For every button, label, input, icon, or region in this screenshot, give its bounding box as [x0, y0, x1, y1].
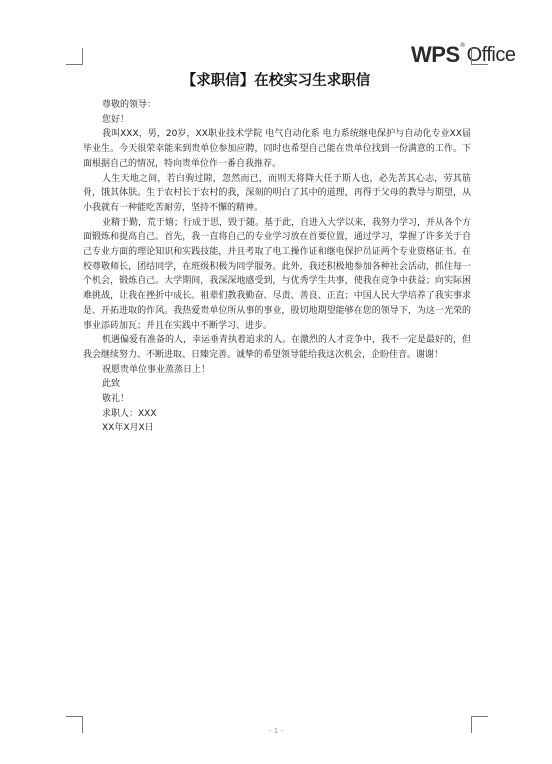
document-title: 【求职信】在校实习生求职信: [0, 69, 552, 90]
salutation: 尊敬的领导：: [83, 98, 471, 113]
closing-wish: 祝愿贵单位事业蒸蒸日上！: [83, 363, 471, 378]
paragraph-background: 人生天地之间，若白驹过隙，忽然而已，而则天将降大任于斯人也，必先苦其心志，劳其筋…: [83, 172, 471, 216]
closing-2: 敬礼！: [83, 392, 471, 407]
margin-corner-top-left: [66, 48, 83, 65]
paragraph-experience: 业精于勤，荒于嬉；行成于思，毁于随。基于此，自进入大学以来，我努力学习，并从各个…: [83, 216, 471, 334]
date: XX年X月X日: [83, 421, 471, 436]
margin-corner-top-right: [471, 48, 488, 65]
paragraph-conclusion: 机遇偏爱有准备的人，幸运垂青执着追求的人。在激烈的人才竞争中，我不一定是最好的，…: [83, 333, 471, 362]
document-body: 尊敬的领导： 您好！ 我叫XXX，男，20岁，XX职业技术学院 电气自动化系 电…: [83, 98, 471, 436]
logo-brand: WPS: [411, 44, 460, 66]
closing-1: 此致: [83, 377, 471, 392]
paragraph-intro: 我叫XXX，男，20岁，XX职业技术学院 电气自动化系 电力系统继电保护与自动化…: [83, 127, 471, 171]
wps-office-logo: WPS ® Office: [411, 36, 516, 66]
registered-mark: ®: [460, 42, 466, 49]
page-number: - 1 -: [0, 727, 552, 735]
signature: 求职人：XXX: [83, 407, 471, 422]
greeting: 您好！: [83, 113, 471, 128]
